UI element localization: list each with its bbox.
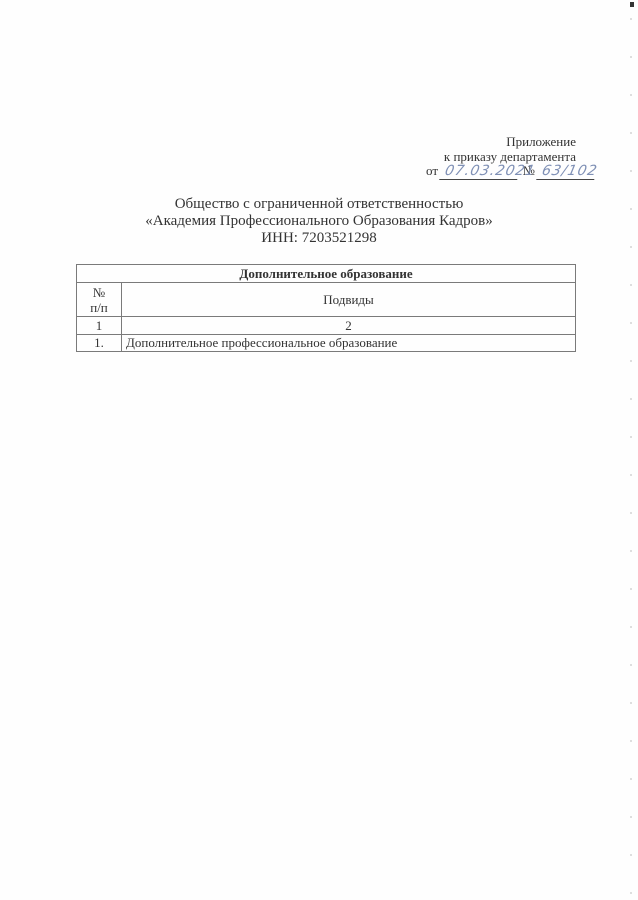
header-number-pp: п/п xyxy=(81,300,117,315)
scan-edge-artifact xyxy=(630,0,632,900)
index-col-1: 1 xyxy=(77,317,122,335)
table-title: Дополнительное образование xyxy=(77,265,576,283)
row-name: Дополнительное профессиональное образова… xyxy=(122,335,576,352)
handwritten-number: 63/102 xyxy=(536,163,598,180)
header-subtypes: Подвиды xyxy=(122,283,576,317)
org-type: Общество с ограниченной ответственностью xyxy=(0,196,638,213)
table-title-row: Дополнительное образование xyxy=(77,265,576,283)
appendix-order-ref: к приказу департамента xyxy=(444,149,576,164)
header-number-symbol: № xyxy=(81,285,117,300)
scan-corner-mark xyxy=(630,2,634,7)
header-number: № п/п xyxy=(77,283,122,317)
org-name: «Академия Профессионального Образования … xyxy=(0,213,638,230)
organization-block: Общество с ограниченной ответственностью… xyxy=(0,196,638,247)
index-col-2: 2 xyxy=(122,317,576,335)
table-row: 1. Дополнительное профессиональное образ… xyxy=(77,335,576,352)
document-page: Приложение к приказу департамента от 07.… xyxy=(0,0,638,900)
appendix-header: Приложение к приказу департамента xyxy=(444,134,576,164)
handwritten-date: 07.03.2021 xyxy=(439,163,521,180)
table-header-row: № п/п Подвиды xyxy=(77,283,576,317)
appendix-title: Приложение xyxy=(444,134,576,149)
org-inn: ИНН: 7203521298 xyxy=(0,230,638,247)
from-label: от xyxy=(426,163,438,178)
education-table: Дополнительное образование № п/п Подвиды… xyxy=(76,264,576,352)
order-date-number: от 07.03.2021 № 63/102 xyxy=(426,163,596,180)
table-index-row: 1 2 xyxy=(77,317,576,335)
row-number: 1. xyxy=(77,335,122,352)
